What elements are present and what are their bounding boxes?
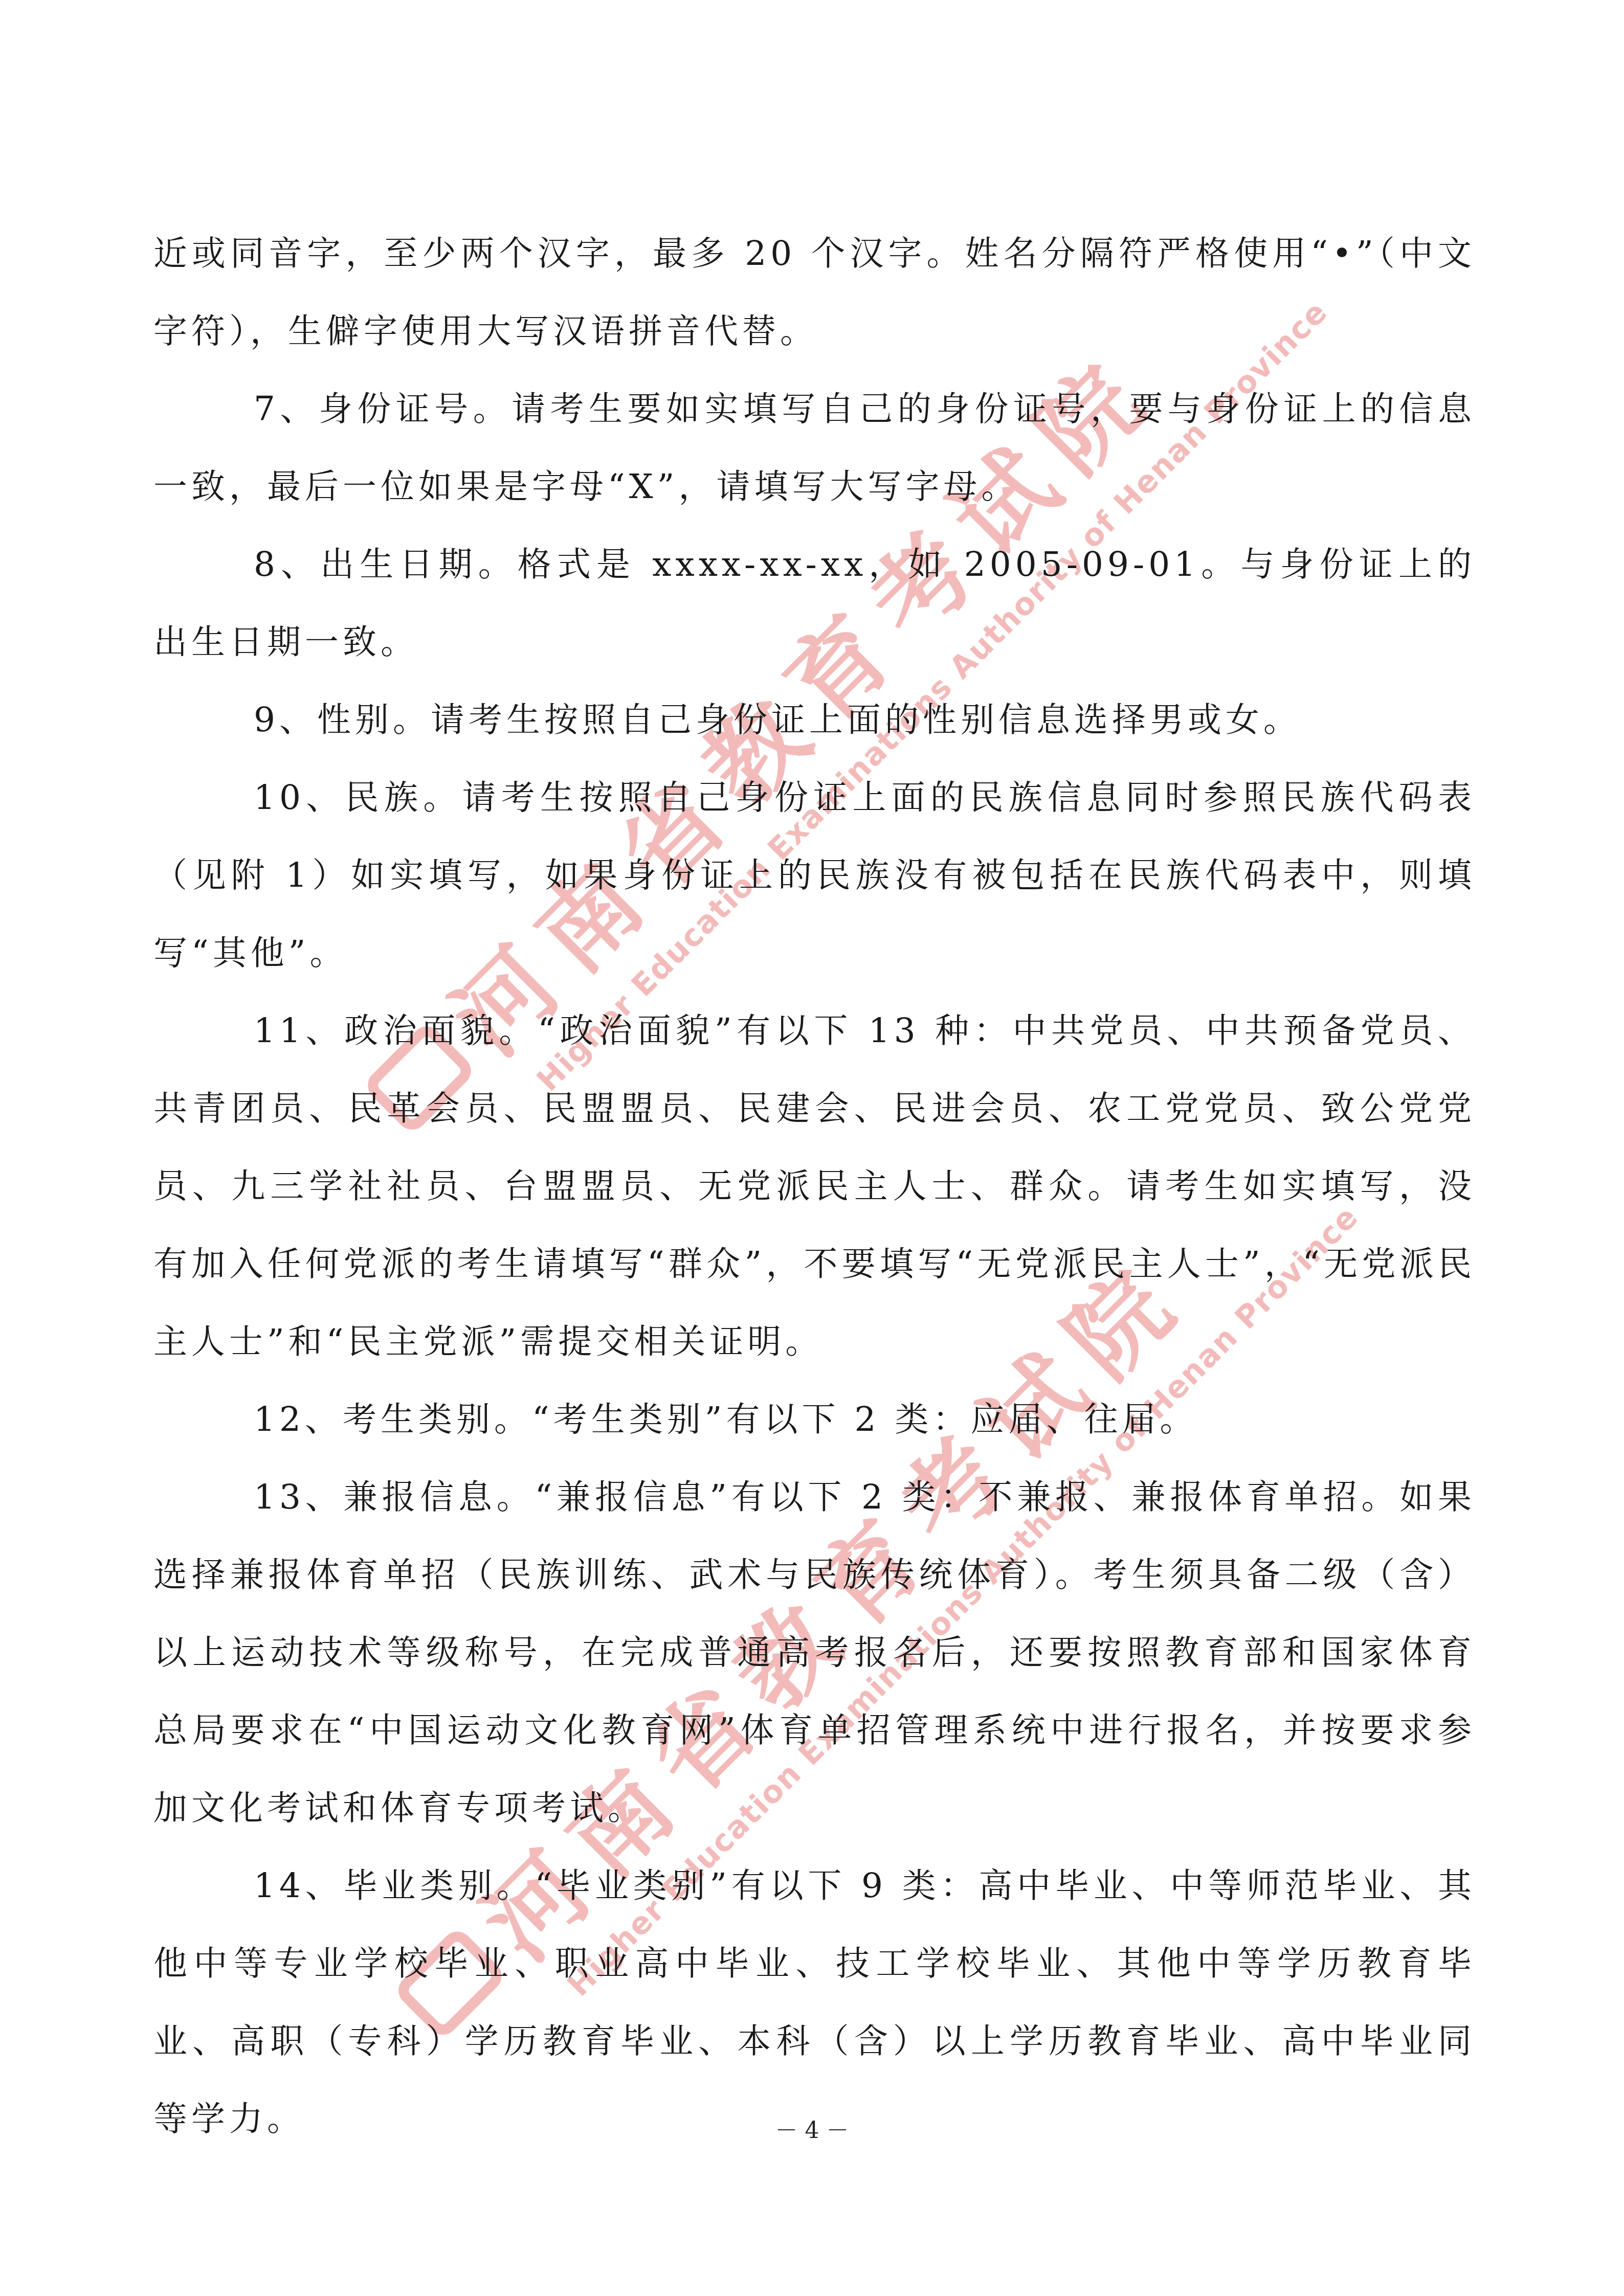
paragraph-ethnicity: 10、民族。请考生按照自己身份证上面的民族信息同时参照民族代码表（见附 1）如实…: [153, 759, 1476, 992]
paragraph-candidate-category: 12、考生类别。“考生类别”有以下 2 类：应届、往届。: [153, 1381, 1476, 1458]
paragraph-gender: 9、性别。请考生按照自己身份证上面的性别信息选择男或女。: [153, 681, 1476, 759]
page-number: － 4 －: [0, 2112, 1624, 2145]
paragraph-birth-date: 8、出生日期。格式是 xxxx-xx-xx，如 2005-09-01。与身份证上…: [153, 526, 1476, 681]
paragraph-graduation-category: 14、毕业类别。“毕业类别”有以下 9 类：高中毕业、中等师范毕业、其他中等专业…: [153, 1847, 1476, 2158]
document-page: 河南省教育考试院 Higher Education Examinations A…: [0, 0, 1624, 2296]
paragraph-concurrent-application: 13、兼报信息。“兼报信息”有以下 2 类：不兼报、兼报体育单招。如果选择兼报体…: [153, 1458, 1476, 1847]
document-body: 近或同音字，至少两个汉字，最多 20 个汉字。姓名分隔符严格使用“•”（中文字符…: [153, 215, 1476, 2158]
paragraph-political-status: 11、政治面貌。“政治面貌”有以下 13 种：中共党员、中共预备党员、共青团员、…: [153, 992, 1476, 1381]
paragraph-name-rules-continued: 近或同音字，至少两个汉字，最多 20 个汉字。姓名分隔符严格使用“•”（中文字符…: [153, 215, 1476, 370]
paragraph-id-number: 7、身份证号。请考生要如实填写自己的身份证号，要与身份证上的信息一致，最后一位如…: [153, 370, 1476, 526]
